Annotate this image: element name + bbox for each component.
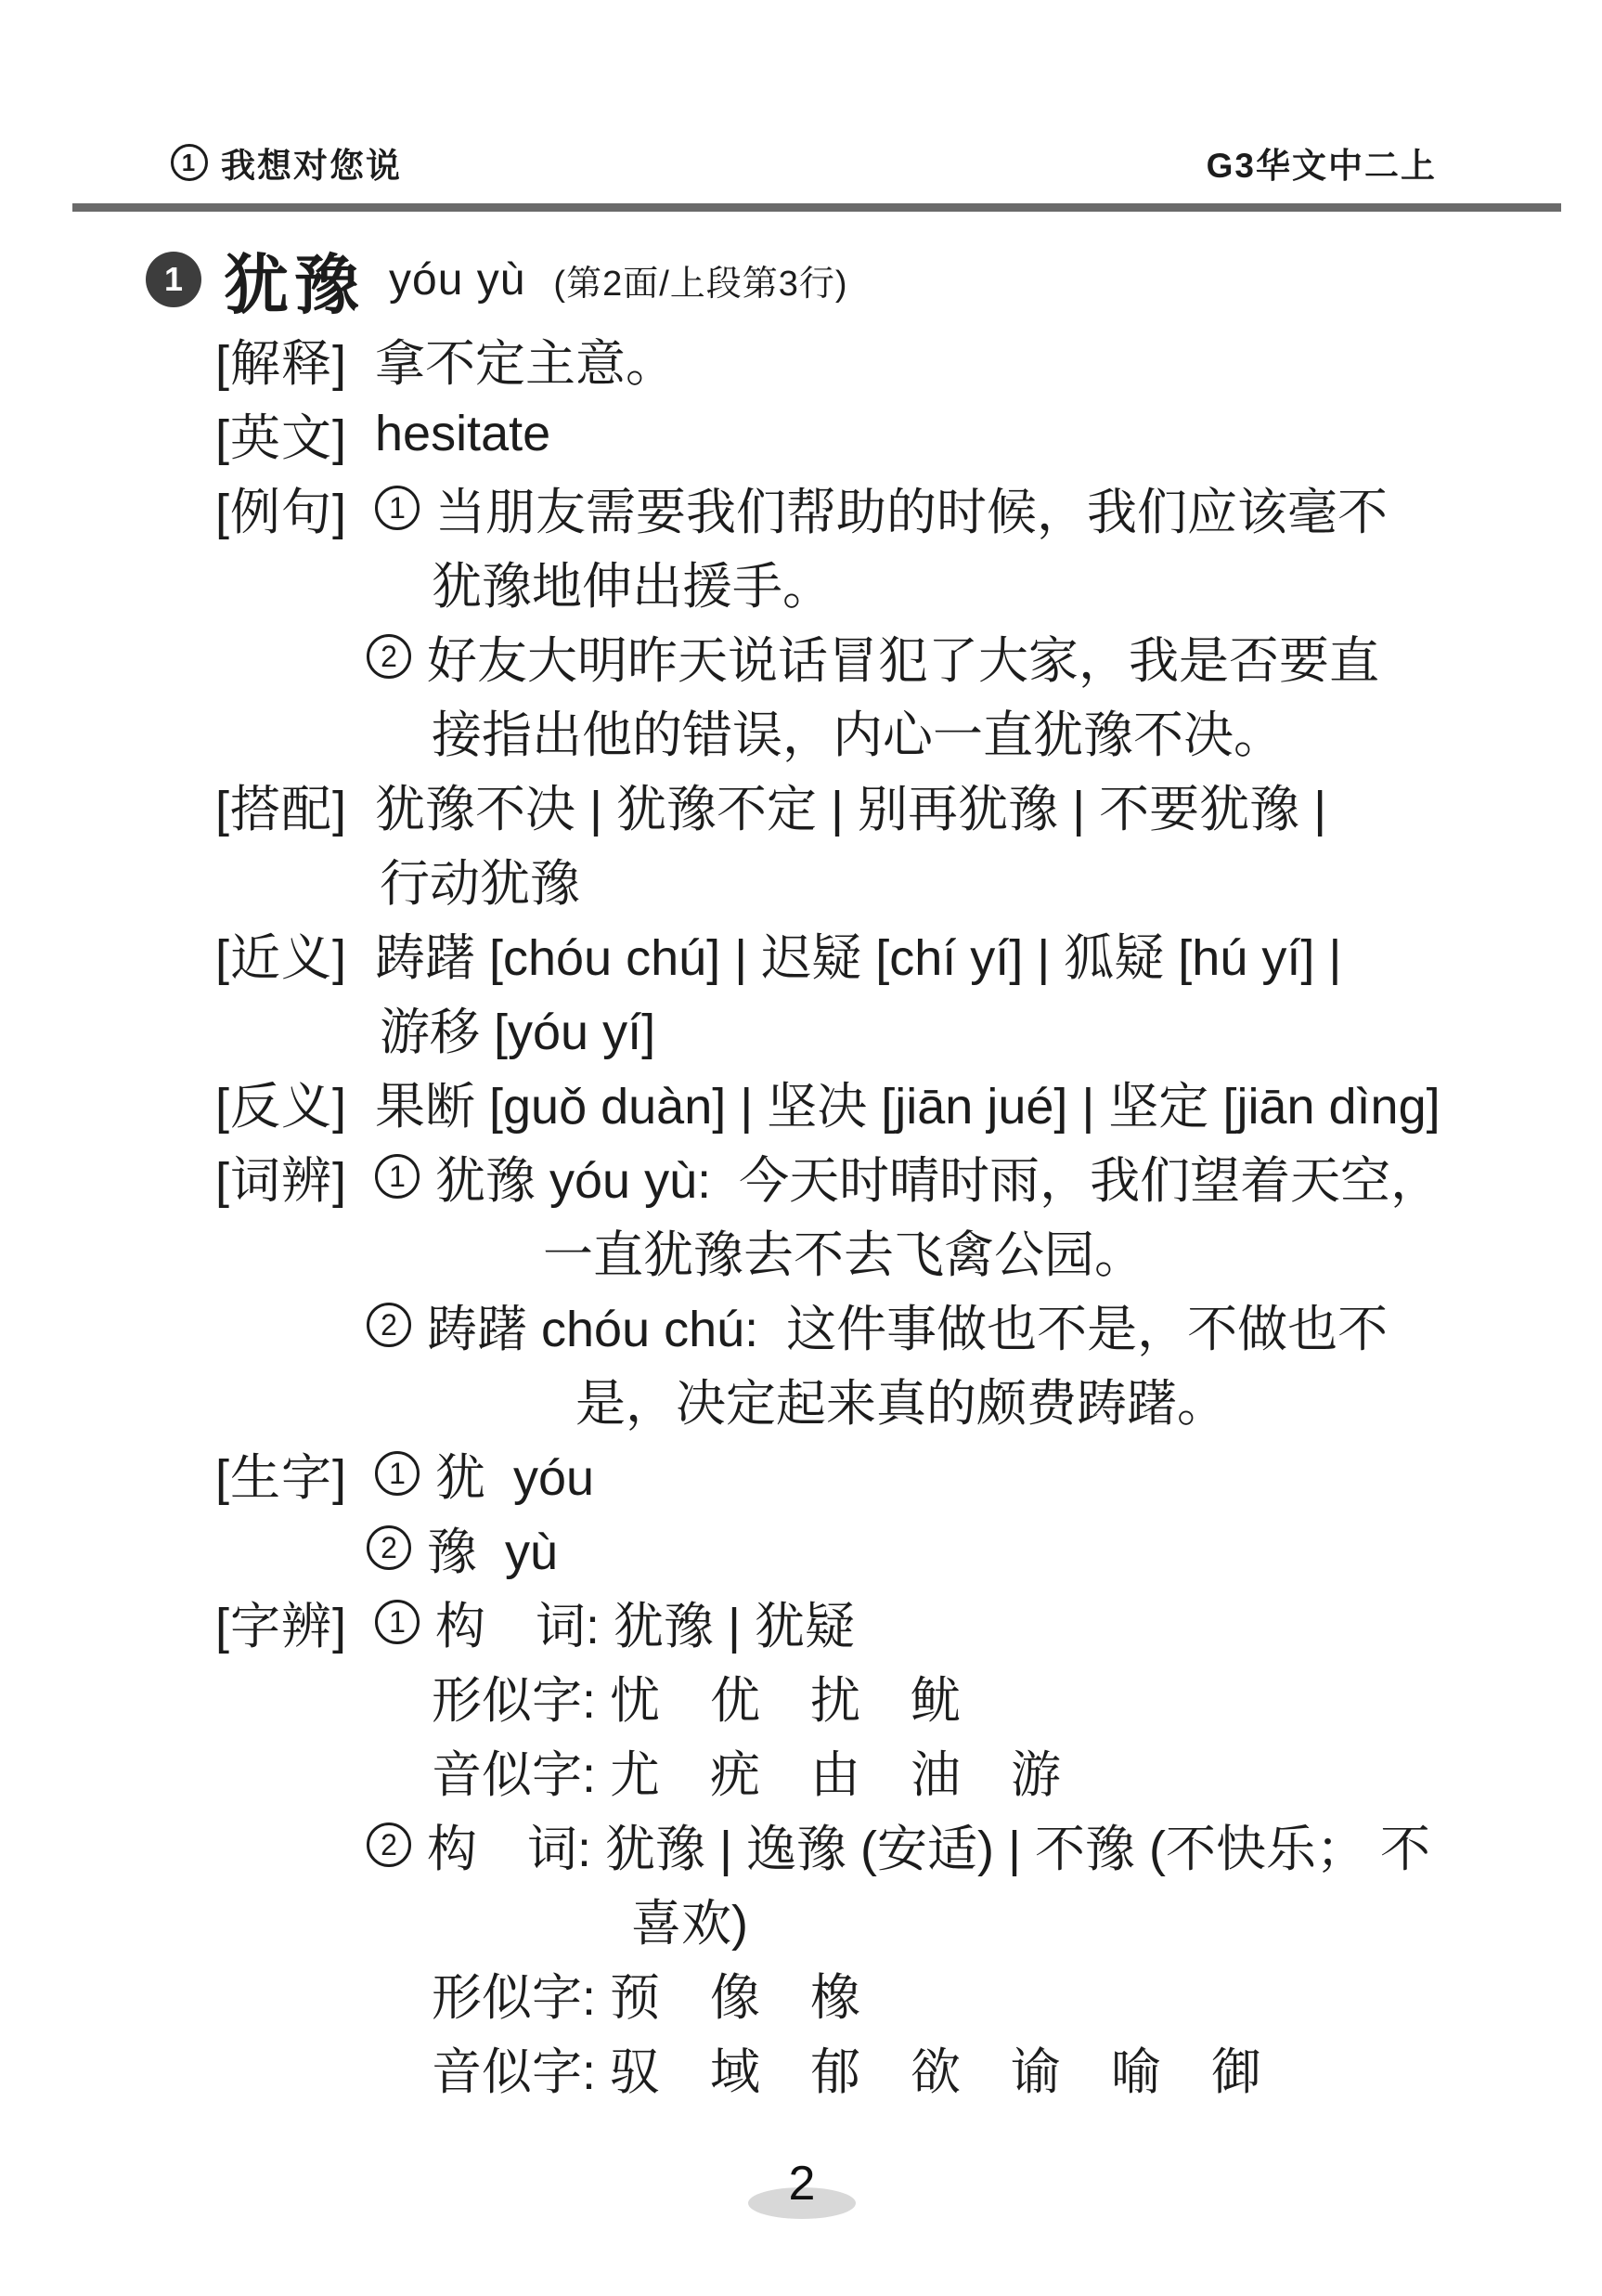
line-text: 接指出他的错误，内心一直犹豫不决。 — [432, 695, 1284, 767]
entry-line: 一直犹豫去不去飞禽公园。 — [0, 1213, 1602, 1288]
line-text: 音似字: 驭 域 郁 欲 谕 喻 御 — [432, 2032, 1261, 2104]
line-text: 构 词: 犹豫 | 犹疑 — [435, 1587, 855, 1658]
entry-location: (第2面/上段第3行) — [553, 254, 847, 305]
section-label: [例句] — [215, 473, 375, 544]
entry-line: [例句]1当朋友需要我们帮助的时候，我们应该毫不 — [0, 471, 1602, 545]
item-number: 2 — [381, 1828, 397, 1862]
section-label: [解释] — [215, 324, 375, 396]
entry-line: 喜欢) — [0, 1882, 1602, 1956]
entry-content: 1 犹豫 yóu yù (第2面/上段第3行) [解释]拿不定主意。[英文]he… — [0, 237, 1602, 2105]
entry-title-row: 1 犹豫 yóu yù (第2面/上段第3行) — [0, 237, 1602, 322]
item-number-icon: 2 — [367, 1525, 411, 1570]
item-number-icon: 1 — [375, 1600, 420, 1644]
item-number-icon: 1 — [375, 1451, 420, 1496]
line-text: 犹豫不决 | 犹豫不定 | 别再犹豫 | 不要犹豫 | — [375, 770, 1326, 841]
entry-line: [解释]拿不定主意。 — [0, 322, 1602, 396]
line-text: 犹豫地伸出援手。 — [432, 547, 833, 618]
entry-line: [近义]踌躇 [chóu chú] | 迟疑 [chí yí] | 狐疑 [hú… — [0, 916, 1602, 991]
chapter-title: 我想对您说 — [221, 137, 402, 188]
item-number-icon: 2 — [367, 1823, 411, 1867]
line-text: 游移 [yóu yí] — [380, 992, 655, 1064]
line-text: 当朋友需要我们帮助的时候，我们应该毫不 — [435, 473, 1388, 544]
item-number-icon: 1 — [375, 1154, 420, 1199]
item-number: 2 — [381, 640, 397, 674]
line-text: 拿不定主意。 — [375, 324, 676, 396]
book-title: G3华文中二上 — [1207, 137, 1437, 188]
section-label: [近义] — [215, 918, 375, 990]
section-label: [搭配] — [215, 770, 375, 841]
section-label: [英文] — [215, 398, 375, 470]
item-number: 1 — [389, 1605, 406, 1640]
item-number: 1 — [389, 1457, 406, 1491]
entry-line: 犹豫地伸出援手。 — [0, 545, 1602, 619]
line-text: 果断 [guǒ duàn] | 坚决 [jiān jué] | 坚定 [jiān… — [375, 1067, 1441, 1138]
line-text: 好友大明昨天说话冒犯了大家，我是否要直 — [427, 621, 1379, 693]
page-header: 1 我想对您说 G3华文中二上 — [171, 137, 1437, 188]
entry-word: 犹豫 — [224, 233, 365, 327]
line-text: 犹豫 yóu yù: 今天时晴时雨，我们望着天空， — [435, 1141, 1441, 1213]
item-number-icon: 2 — [367, 634, 411, 679]
line-text: hesitate — [375, 405, 550, 462]
entry-pinyin: yóu yù — [389, 254, 525, 305]
line-text: 犹 yóu — [435, 1438, 594, 1510]
entry-line: [生字]1犹 yóu — [0, 1436, 1602, 1511]
item-number-icon: 1 — [375, 486, 420, 530]
entry-line: 2豫 yù — [0, 1511, 1602, 1585]
section-label: [词辨] — [215, 1141, 375, 1213]
line-text: 是，决定起来真的颇费踌躇。 — [575, 1364, 1227, 1435]
entry-number-badge: 1 — [146, 252, 201, 307]
item-number: 1 — [389, 1160, 406, 1194]
entry-line: 音似字: 尤 疣 由 油 游 — [0, 1733, 1602, 1808]
header-divider — [72, 203, 1561, 212]
entry-line: [词辨]1犹豫 yóu yù: 今天时晴时雨，我们望着天空， — [0, 1139, 1602, 1213]
entry-line: [字辨]1构 词: 犹豫 | 犹疑 — [0, 1585, 1602, 1659]
entry-line: 音似字: 驭 域 郁 欲 谕 喻 御 — [0, 2030, 1602, 2105]
item-number: 1 — [389, 491, 406, 525]
entry-line: [反义]果断 [guǒ duàn] | 坚决 [jiān jué] | 坚定 [… — [0, 1065, 1602, 1139]
textbook-page: 1 我想对您说 G3华文中二上 1 犹豫 yóu yù (第2面/上段第3行) … — [0, 0, 1602, 2296]
item-number-icon: 2 — [367, 1303, 411, 1347]
line-text: 音似字: 尤 疣 由 油 游 — [432, 1735, 1061, 1807]
line-text: 踌躇 [chóu chú] | 迟疑 [chí yí] | 狐疑 [hú yí]… — [375, 918, 1341, 990]
line-text: 一直犹豫去不去飞禽公园。 — [543, 1215, 1144, 1287]
chapter-number-icon: 1 — [171, 144, 208, 181]
entry-lines: [解释]拿不定主意。[英文]hesitate[例句]1当朋友需要我们帮助的时候，… — [0, 322, 1602, 2105]
entry-line: 形似字: 预 像 橡 — [0, 1956, 1602, 2030]
line-text: 喜欢) — [631, 1884, 748, 1955]
page-number: 2 — [748, 2156, 856, 2212]
entry-line: 2好友大明昨天说话冒犯了大家，我是否要直 — [0, 619, 1602, 694]
entry-line: 2踌躇 chóu chú: 这件事做也不是，不做也不 — [0, 1288, 1602, 1362]
line-text: 豫 yù — [427, 1512, 558, 1584]
entry-line: 形似字: 忧 优 扰 鱿 — [0, 1659, 1602, 1733]
entry-line: 2构 词: 犹豫 | 逸豫 (安适) | 不豫 (不快乐； 不 — [0, 1808, 1602, 1882]
entry-line: [英文]hesitate — [0, 396, 1602, 471]
line-text: 形似字: 忧 优 扰 鱿 — [432, 1661, 961, 1732]
section-label: [反义] — [215, 1067, 375, 1138]
entry-line: 行动犹豫 — [0, 842, 1602, 916]
section-label: [生字] — [215, 1438, 375, 1510]
entry-line: 游移 [yóu yí] — [0, 991, 1602, 1065]
entry-line: [搭配]犹豫不决 | 犹豫不定 | 别再犹豫 | 不要犹豫 | — [0, 768, 1602, 842]
item-number: 2 — [381, 1308, 397, 1343]
entry-line: 是，决定起来真的颇费踌躇。 — [0, 1362, 1602, 1436]
line-text: 踌躇 chóu chú: 这件事做也不是，不做也不 — [427, 1290, 1388, 1361]
line-text: 形似字: 预 像 橡 — [432, 1958, 860, 2030]
line-text: 行动犹豫 — [380, 844, 580, 915]
entry-number: 1 — [164, 260, 183, 299]
chapter-heading: 1 我想对您说 — [171, 137, 402, 188]
item-number: 2 — [381, 1531, 397, 1565]
line-text: 构 词: 犹豫 | 逸豫 (安适) | 不豫 (不快乐； 不 — [427, 1810, 1430, 1881]
section-label: [字辨] — [215, 1587, 375, 1658]
entry-line: 接指出他的错误，内心一直犹豫不决。 — [0, 694, 1602, 768]
